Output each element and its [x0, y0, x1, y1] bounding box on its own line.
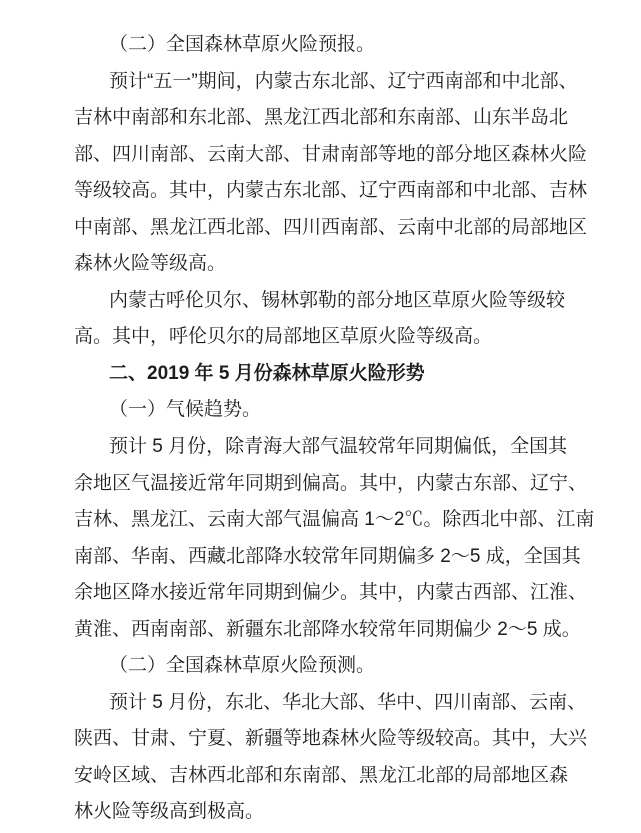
subheading-fire-risk-prediction: （二）全国森林草原火险预测。: [74, 648, 641, 685]
paragraph-line: 安岭区域、吉林西北部和东南部、黑龙江北部的局部地区森: [74, 758, 641, 795]
paragraph-line: 部、四川南部、云南大部、甘肃南部等地的部分地区森林火险: [74, 137, 641, 174]
paragraph-line: 吉林、黑龙江、云南大部气温偏高 1～2℃。除西北中部、江南: [74, 502, 641, 539]
paragraph-line: 森林火险等级高。: [74, 246, 641, 283]
document-page: （二）全国森林草原火险预报。 预计“五一”期间，内蒙古东北部、辽宁西南部和中北部…: [0, 0, 641, 833]
subheading-climate-trend: （一）气候趋势。: [74, 392, 641, 429]
subheading-national-fire-forecast: （二）全国森林草原火险预报。: [74, 27, 641, 64]
paragraph-line: 预计 5 月份，除青海大部气温较常年同期偏低，全国其: [74, 429, 641, 466]
paragraph-line: 吉林中南部和东北部、黑龙江西北部和东南部、山东半岛北: [74, 100, 641, 137]
paragraph-line: 高。其中，呼伦贝尔的局部地区草原火险等级高。: [74, 319, 641, 356]
paragraph-line: 南部、华南、西藏北部降水较常年同期偏多 2～5 成，全国其: [74, 539, 641, 576]
paragraph-line: 预计“五一”期间，内蒙古东北部、辽宁西南部和中北部、: [74, 64, 641, 101]
paragraph-line: 预计 5 月份，东北、华北大部、华中、四川南部、云南、: [74, 685, 641, 722]
paragraph-line: 陕西、甘肃、宁夏、新疆等地森林火险等级较高。其中，大兴: [74, 721, 641, 758]
paragraph-line: 林火险等级高到极高。: [74, 794, 641, 831]
paragraph-line: 内蒙古呼伦贝尔、锡林郭勒的部分地区草原火险等级较: [74, 283, 641, 320]
paragraph-line: 余地区降水接近常年同期到偏少。其中，内蒙古西部、江淮、: [74, 575, 641, 612]
paragraph-line: 中南部、黑龙江西北部、四川西南部、云南中北部的局部地区: [74, 210, 641, 247]
paragraph-line: 黄淮、西南南部、新疆东北部降水较常年同期偏少 2～5 成。: [74, 612, 641, 649]
paragraph-line: 等级较高。其中，内蒙古东北部、辽宁西南部和中北部、吉林: [74, 173, 641, 210]
section-heading-may-fire-situation: 二、2019 年 5 月份森林草原火险形势: [74, 356, 641, 393]
paragraph-line: 余地区气温接近常年同期到偏高。其中，内蒙古东部、辽宁、: [74, 466, 641, 503]
